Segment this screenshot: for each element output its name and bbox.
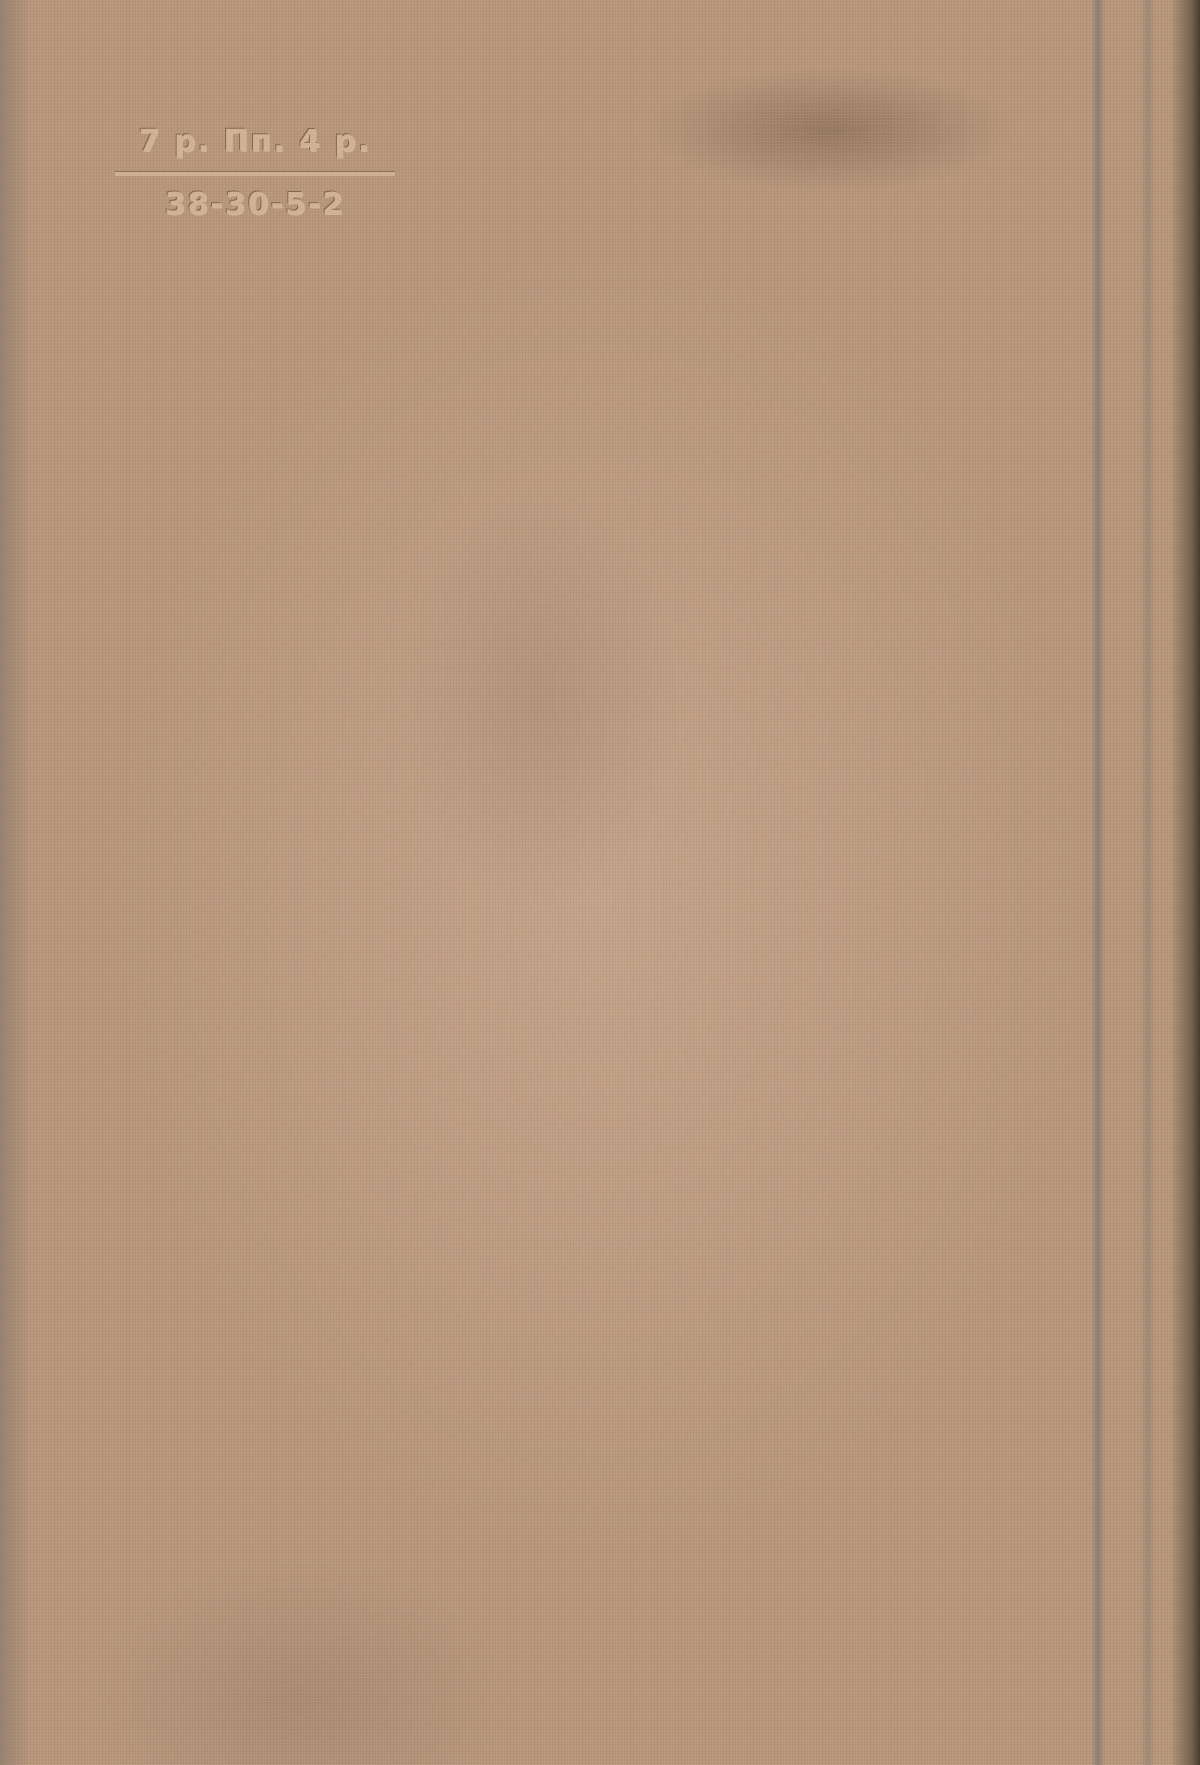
stamp-line-2: 38-30-5-2 <box>115 185 395 225</box>
spine-hinge-groove <box>1091 0 1105 1765</box>
spine-edge <box>1172 0 1200 1765</box>
cloth-texture <box>0 0 1200 1765</box>
cover-left-edge <box>0 0 30 1765</box>
book-cover: 7 р. Пп. 4 р. 38-30-5-2 <box>0 0 1200 1765</box>
embossed-stamp: 7 р. Пп. 4 р. 38-30-5-2 <box>115 120 395 225</box>
spine-hinge-groove-outer <box>1141 0 1155 1765</box>
stamp-divider <box>115 172 395 175</box>
stamp-line-1: 7 р. Пп. 4 р. <box>115 120 395 164</box>
